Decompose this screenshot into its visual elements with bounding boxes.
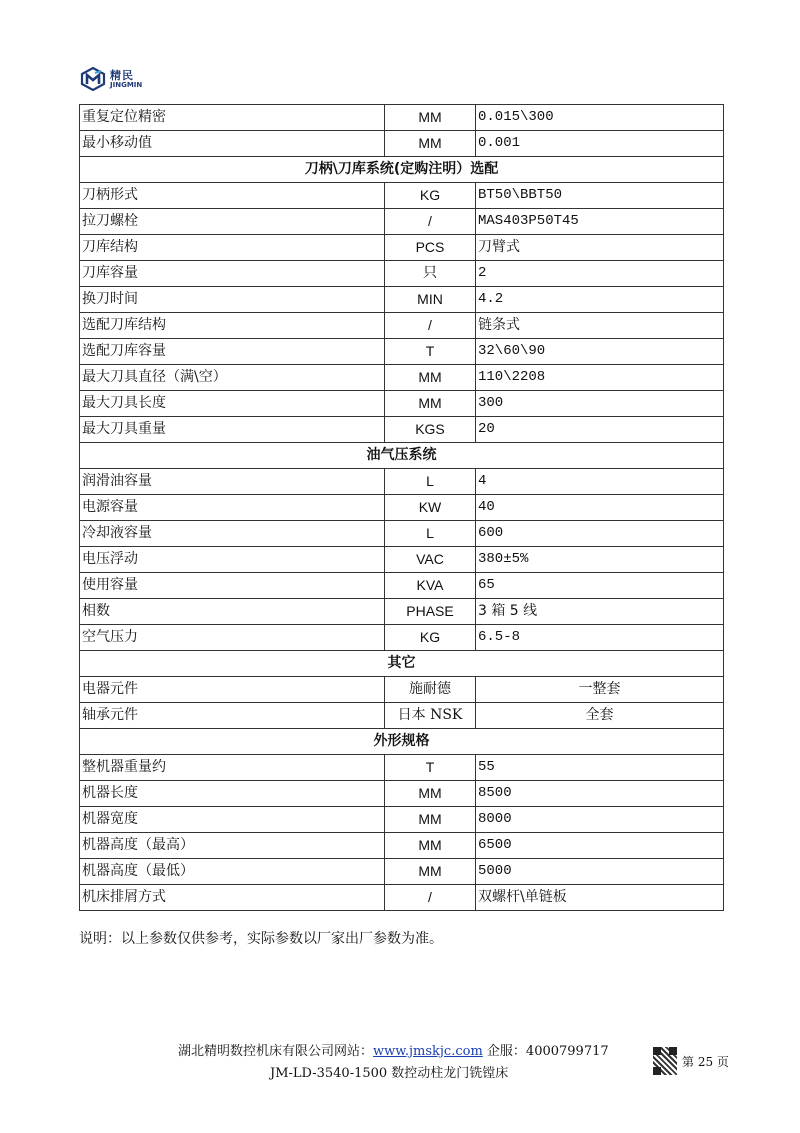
param-value: 55 — [476, 755, 724, 781]
param-unit: 日本 NSK — [385, 703, 476, 729]
param-value: 4 — [476, 469, 724, 495]
param-value: 600 — [476, 521, 724, 547]
table-row: 机器高度（最高）MM6500 — [80, 833, 724, 859]
table-row: 选配刀库容量T32\60\90 — [80, 339, 724, 365]
jingmin-logo-icon — [80, 67, 106, 91]
company-logo: 精民 JINGMIN — [80, 66, 142, 92]
table-row: 空气压力KG6.5-8 — [80, 625, 724, 651]
table-row: 最小移动值MM0.001 — [80, 131, 724, 157]
section-header-row: 外形规格 — [80, 729, 724, 755]
param-value: 刀臂式 — [476, 235, 724, 261]
table-row: 整机器重量约T55 — [80, 755, 724, 781]
footer-service-label: 企服： — [483, 1044, 526, 1059]
param-name: 相数 — [80, 599, 385, 625]
param-value: 2 — [476, 261, 724, 287]
table-row: 拉刀螺栓/MAS403P50T45 — [80, 209, 724, 235]
param-unit: VAC — [385, 547, 476, 573]
param-name: 冷却液容量 — [80, 521, 385, 547]
section-title: 油气压系统 — [80, 443, 724, 469]
param-name: 最大刀具长度 — [80, 391, 385, 417]
param-unit: MM — [385, 105, 476, 131]
table-row: 换刀时间MIN4.2 — [80, 287, 724, 313]
param-name: 刀库结构 — [80, 235, 385, 261]
param-value: 20 — [476, 417, 724, 443]
param-unit: KW — [385, 495, 476, 521]
param-value: 双螺杆\单链板 — [476, 885, 724, 911]
section-title: 其它 — [80, 651, 724, 677]
param-unit: 只 — [385, 261, 476, 287]
table-row: 使用容量KVA65 — [80, 573, 724, 599]
section-header-row: 油气压系统 — [80, 443, 724, 469]
table-row: 相数PHASE3 箱 5 线 — [80, 599, 724, 625]
footer-service-phone: 4000799717 — [526, 1044, 609, 1059]
param-value: 6.5-8 — [476, 625, 724, 651]
param-unit: MM — [385, 131, 476, 157]
param-unit: MM — [385, 781, 476, 807]
param-name: 机器宽度 — [80, 807, 385, 833]
spec-table: 重复定位精密MM0.015\300最小移动值MM0.001刀柄\刀库系统(定购注… — [79, 104, 724, 911]
table-row: 最大刀具长度MM300 — [80, 391, 724, 417]
param-value: 8500 — [476, 781, 724, 807]
section-header-row: 刀柄\刀库系统(定购注明）选配 — [80, 157, 724, 183]
param-value: 0.001 — [476, 131, 724, 157]
param-unit: MIN — [385, 287, 476, 313]
param-unit: MM — [385, 391, 476, 417]
param-unit: PHASE — [385, 599, 476, 625]
footer-company-line: 湖北精明数控机床有限公司网站：www.jmskjc.com 企服：4000799… — [178, 1040, 609, 1059]
param-name: 空气压力 — [80, 625, 385, 651]
param-name: 重复定位精密 — [80, 105, 385, 131]
param-name: 拉刀螺栓 — [80, 209, 385, 235]
website-link[interactable]: www.jmskjc.com — [373, 1044, 483, 1059]
qr-code-icon — [652, 1046, 678, 1076]
param-value: 40 — [476, 495, 724, 521]
param-unit: KG — [385, 183, 476, 209]
param-value: 一整套 — [476, 677, 724, 703]
param-name: 换刀时间 — [80, 287, 385, 313]
param-name: 机器高度（最高） — [80, 833, 385, 859]
table-row: 选配刀库结构/链条式 — [80, 313, 724, 339]
logo-en-text: JINGMIN — [110, 82, 142, 89]
param-name: 整机器重量约 — [80, 755, 385, 781]
param-name: 机器高度（最低） — [80, 859, 385, 885]
page-number: 第 25 页 — [682, 1053, 729, 1070]
param-unit: 施耐德 — [385, 677, 476, 703]
logo-cn-text: 精民 — [110, 70, 142, 81]
param-value: 6500 — [476, 833, 724, 859]
param-name: 机床排屑方式 — [80, 885, 385, 911]
param-unit: / — [385, 313, 476, 339]
param-unit: KVA — [385, 573, 476, 599]
param-unit: MM — [385, 365, 476, 391]
table-row: 机器宽度MM8000 — [80, 807, 724, 833]
footer-company: 湖北精明数控机床有限公司网站： — [178, 1044, 373, 1059]
param-name: 选配刀库结构 — [80, 313, 385, 339]
param-name: 使用容量 — [80, 573, 385, 599]
param-value: BT50\BBT50 — [476, 183, 724, 209]
table-row: 电器元件施耐德一整套 — [80, 677, 724, 703]
param-value: 全套 — [476, 703, 724, 729]
param-unit: KG — [385, 625, 476, 651]
param-name: 机器长度 — [80, 781, 385, 807]
footer-product-line: JM-LD-3540-1500 数控动柱龙门铣镗床 — [270, 1062, 508, 1081]
param-name: 电源容量 — [80, 495, 385, 521]
disclaimer-note: 说明：以上参数仅供参考，实际参数以厂家出厂参数为准。 — [79, 928, 443, 948]
table-row: 电压浮动VAC380±5% — [80, 547, 724, 573]
section-title: 外形规格 — [80, 729, 724, 755]
param-unit: MM — [385, 833, 476, 859]
table-row: 最大刀具直径（满\空）MM110\2208 — [80, 365, 724, 391]
table-row: 电源容量KW40 — [80, 495, 724, 521]
param-value: 32\60\90 — [476, 339, 724, 365]
table-row: 轴承元件日本 NSK全套 — [80, 703, 724, 729]
param-value: 65 — [476, 573, 724, 599]
param-unit: MM — [385, 807, 476, 833]
param-value: 4.2 — [476, 287, 724, 313]
param-name: 刀柄形式 — [80, 183, 385, 209]
param-name: 最小移动值 — [80, 131, 385, 157]
param-unit: L — [385, 521, 476, 547]
param-unit: MM — [385, 859, 476, 885]
table-row: 刀库容量只2 — [80, 261, 724, 287]
table-row: 冷却液容量L600 — [80, 521, 724, 547]
param-value: 3 箱 5 线 — [476, 599, 724, 625]
param-name: 最大刀具重量 — [80, 417, 385, 443]
param-unit: PCS — [385, 235, 476, 261]
table-row: 重复定位精密MM0.015\300 — [80, 105, 724, 131]
param-value: 0.015\300 — [476, 105, 724, 131]
section-title: 刀柄\刀库系统(定购注明）选配 — [80, 157, 724, 183]
table-row: 机器长度MM8500 — [80, 781, 724, 807]
table-row: 刀库结构PCS刀臂式 — [80, 235, 724, 261]
table-row: 刀柄形式KGBT50\BBT50 — [80, 183, 724, 209]
param-name: 电器元件 — [80, 677, 385, 703]
table-row: 机床排屑方式/双螺杆\单链板 — [80, 885, 724, 911]
param-value: 8000 — [476, 807, 724, 833]
param-value: 5000 — [476, 859, 724, 885]
param-unit: T — [385, 755, 476, 781]
param-name: 刀库容量 — [80, 261, 385, 287]
param-value: MAS403P50T45 — [476, 209, 724, 235]
param-name: 电压浮动 — [80, 547, 385, 573]
param-name: 润滑油容量 — [80, 469, 385, 495]
param-name: 轴承元件 — [80, 703, 385, 729]
section-header-row: 其它 — [80, 651, 724, 677]
param-name: 最大刀具直径（满\空） — [80, 365, 385, 391]
param-unit: T — [385, 339, 476, 365]
param-unit: KGS — [385, 417, 476, 443]
table-row: 机器高度（最低）MM5000 — [80, 859, 724, 885]
param-value: 110\2208 — [476, 365, 724, 391]
param-name: 选配刀库容量 — [80, 339, 385, 365]
param-unit: L — [385, 469, 476, 495]
param-value: 300 — [476, 391, 724, 417]
param-unit: / — [385, 885, 476, 911]
param-unit: / — [385, 209, 476, 235]
param-value: 链条式 — [476, 313, 724, 339]
table-row: 最大刀具重量KGS20 — [80, 417, 724, 443]
table-row: 润滑油容量L4 — [80, 469, 724, 495]
param-value: 380±5% — [476, 547, 724, 573]
